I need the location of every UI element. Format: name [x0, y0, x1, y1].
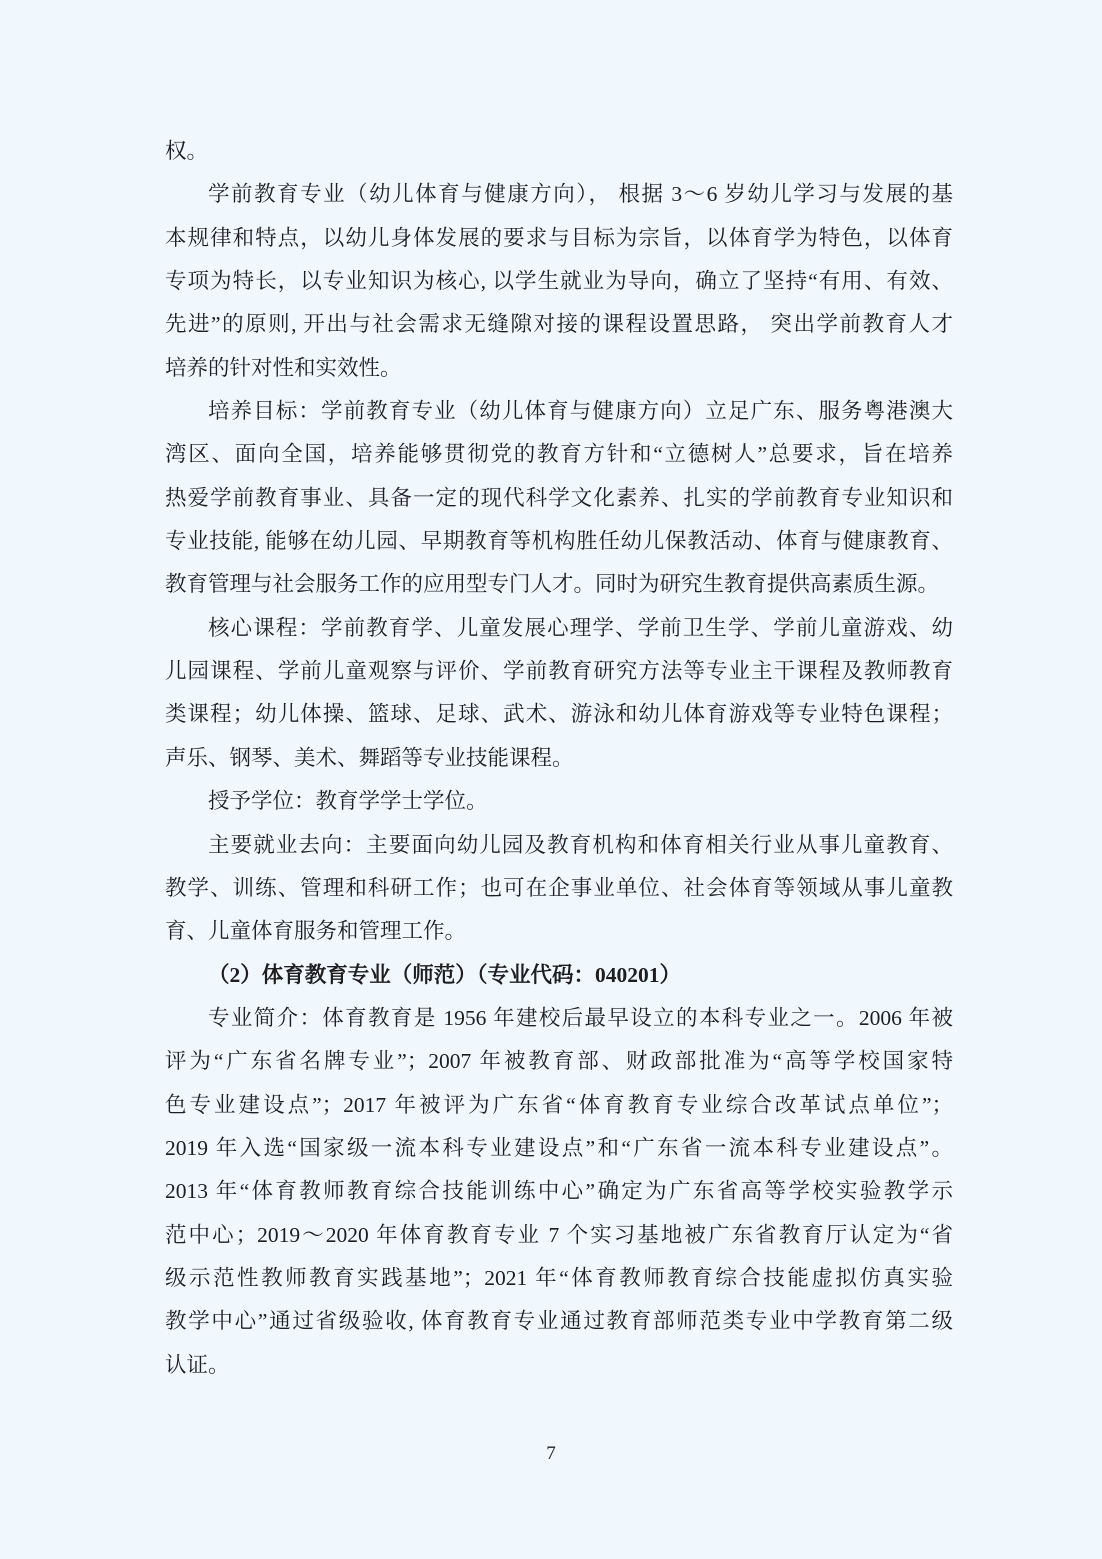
text-line: 教学中心”通过省级验收, 体育教育专业通过教育部师范类专业中学教育第二级	[165, 1300, 953, 1343]
text-line: 湾区、面向全国，培养能够贯彻党的教育方针和“立德树人”总要求，旨在培养	[165, 433, 953, 476]
text-line: 评为“广东省名牌专业”；2007 年被教育部、财政部批准为“高等学校国家特	[165, 1040, 953, 1083]
text-line: 类课程；幼儿体操、篮球、足球、武术、游泳和幼儿体育游戏等专业特色课程；	[165, 693, 953, 736]
text-line: 先进”的原则, 开出与社会需求无缝隙对接的课程设置思路， 突出学前教育人才	[165, 303, 953, 346]
text-line: 认证。	[165, 1344, 953, 1387]
text-line: 核心课程：学前教育学、儿童发展心理学、学前卫生学、学前儿童游戏、幼	[165, 607, 953, 650]
text-line: 权。	[165, 130, 953, 173]
text-line: 专项为特长，以专业知识为核心, 以学生就业为导向，确立了坚持“有用、有效、	[165, 260, 953, 303]
text-line: 培养目标：学前教育专业（幼儿体育与健康方向）立足广东、服务粤港澳大	[165, 390, 953, 433]
text-line: 培养的针对性和实效性。	[165, 347, 953, 390]
text-line: 主要就业去向：主要面向幼儿园及教育机构和体育相关行业从事儿童教育、	[165, 824, 953, 867]
text-line: 专业简介：体育教育是 1956 年建校后最早设立的本科专业之一。2006 年被	[165, 997, 953, 1040]
text-line: 儿园课程、学前儿童观察与评价、学前教育研究方法等专业主干课程及教师教育	[165, 650, 953, 693]
text-line: 授予学位：教育学学士学位。	[165, 780, 953, 823]
text-line: 教育管理与社会服务工作的应用型专门人才。同时为研究生教育提供高素质生源。	[165, 563, 953, 606]
text-line: 级示范性教师教育实践基地”；2021 年“体育教师教育综合技能虚拟仿真实验	[165, 1257, 953, 1300]
text-line: 热爱学前教育事业、具备一定的现代科学文化素养、扎实的学前教育专业知识和	[165, 477, 953, 520]
page-number: 7	[546, 1443, 556, 1464]
document-page: 权。学前教育专业（幼儿体育与健康方向）， 根据 3～6 岁幼儿学习与发展的基本规…	[0, 0, 1102, 1559]
text-line: 育、儿童体育服务和管理工作。	[165, 910, 953, 953]
text-line: 专业技能, 能够在幼儿园、早期教育等机构胜任幼儿保教活动、体育与健康教育、	[165, 520, 953, 563]
text-line: 范中心；2019～2020 年体育教育专业 7 个实习基地被广东省教育厅认定为“…	[165, 1214, 953, 1257]
document-body: 权。学前教育专业（幼儿体育与健康方向）， 根据 3～6 岁幼儿学习与发展的基本规…	[165, 130, 953, 1387]
text-line: 本规律和特点，以幼儿身体发展的要求与目标为宗旨，以体育学为特色，以体育	[165, 217, 953, 260]
text-line: 学前教育专业（幼儿体育与健康方向）， 根据 3～6 岁幼儿学习与发展的基	[165, 173, 953, 216]
page-footer: 7	[0, 1442, 1102, 1466]
text-line: 2013 年“体育教师教育综合技能训练中心”确定为广东省高等学校实验教学示	[165, 1170, 953, 1213]
text-line: 声乐、钢琴、美术、舞蹈等专业技能课程。	[165, 737, 953, 780]
section-heading: （2）体育教育专业（师范）（专业代码：040201）	[165, 954, 953, 997]
text-line: 教学、训练、管理和科研工作；也可在企事业单位、社会体育等领域从事儿童教	[165, 867, 953, 910]
text-line: 2019 年入选“国家级一流本科专业建设点”和“广东省一流本科专业建设点”。	[165, 1127, 953, 1170]
text-line: 色专业建设点”；2017 年被评为广东省“体育教育专业综合改革试点单位”；	[165, 1084, 953, 1127]
